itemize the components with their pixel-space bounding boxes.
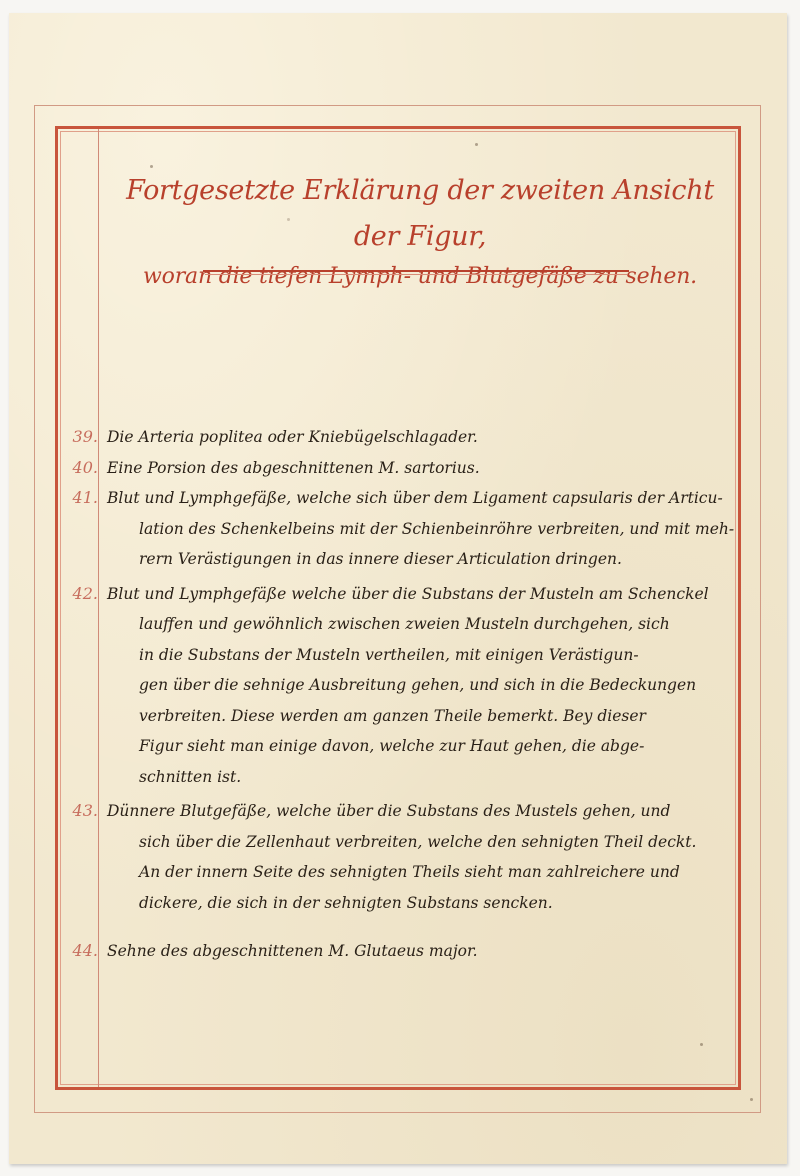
entry-line: Dünnere Blutgefäße, welche über die Subs…	[107, 796, 742, 827]
entry-line: Die Arteria poplitea oder Kniebügelschla…	[107, 422, 742, 453]
entry-41: 41. Blut und Lymphgefäße, welche sich üb…	[62, 483, 742, 575]
paper-speck	[750, 1098, 753, 1101]
entry-43: 43. Dünnere Blutgefäße, welche über die …	[62, 796, 742, 918]
paper-speck	[475, 143, 478, 146]
entry-text: Die Arteria poplitea oder Kniebügelschla…	[100, 422, 742, 453]
entry-line: in die Substans der Musteln vertheilen, …	[107, 640, 742, 671]
entry-line: sich über die Zellenhaut verbreiten, wel…	[107, 827, 742, 858]
entry-42: 42. Blut und Lymphgefäße welche über die…	[62, 579, 742, 793]
entry-line: An der innern Seite des sehnigten Theils…	[107, 857, 742, 888]
entry-number: 42.	[62, 579, 100, 610]
entry-line: Sehne des abgeschnittenen M. Glutaeus ma…	[107, 936, 742, 967]
paper-speck	[150, 165, 153, 168]
entry-number: 43.	[62, 796, 100, 827]
entry-line: Blut und Lymphgefäße welche über die Sub…	[107, 579, 742, 610]
title-underline	[203, 270, 629, 272]
entry-line: Eine Porsion des abgeschnittenen M. sart…	[107, 453, 742, 484]
paper-speck	[287, 218, 290, 221]
entry-line: lauffen und gewöhnlich zwischen zweien M…	[107, 609, 742, 640]
entry-line: dickere, die sich in der sehnigten Subst…	[107, 888, 742, 919]
title-line-1: Fortgesetzte Erklärung der zweiten Ansic…	[100, 168, 740, 260]
entry-text: Blut und Lymphgefäße, welche sich über d…	[100, 483, 742, 575]
entry-40: 40. Eine Porsion des abgeschnittenen M. …	[62, 453, 742, 484]
entry-39: 39. Die Arteria poplitea oder Kniebügels…	[62, 422, 742, 453]
entry-line: Blut und Lymphgefäße, welche sich über d…	[107, 483, 742, 514]
entry-list: 39. Die Arteria poplitea oder Kniebügels…	[62, 422, 742, 967]
entry-line: lation des Schenkelbeins mit der Schienb…	[107, 514, 742, 545]
entry-text: Dünnere Blutgefäße, welche über die Subs…	[100, 796, 742, 918]
entry-text: Blut und Lymphgefäße welche über die Sub…	[100, 579, 742, 793]
entry-text: Eine Porsion des abgeschnittenen M. sart…	[100, 453, 742, 484]
entry-line: rern Verästigungen in das innere dieser …	[107, 544, 742, 575]
entry-line: verbreiten. Diese werden am ganzen Theil…	[107, 701, 742, 732]
entry-number: 39.	[62, 422, 100, 453]
paper-speck	[700, 1043, 703, 1046]
entry-line: schnitten ist.	[107, 762, 742, 793]
entry-number: 40.	[62, 453, 100, 484]
page-title: Fortgesetzte Erklärung der zweiten Ansic…	[100, 168, 740, 294]
entry-line: gen über die sehnige Ausbreitung gehen, …	[107, 670, 742, 701]
entry-line: Figur sieht man einige davon, welche zur…	[107, 731, 742, 762]
entry-number: 44.	[62, 936, 100, 967]
entry-text: Sehne des abgeschnittenen M. Glutaeus ma…	[100, 936, 742, 967]
entry-number: 41.	[62, 483, 100, 514]
title-line-2: woran die tiefen Lymph- und Blutgefäße z…	[100, 260, 740, 294]
entry-44: 44. Sehne des abgeschnittenen M. Glutaeu…	[62, 936, 742, 967]
